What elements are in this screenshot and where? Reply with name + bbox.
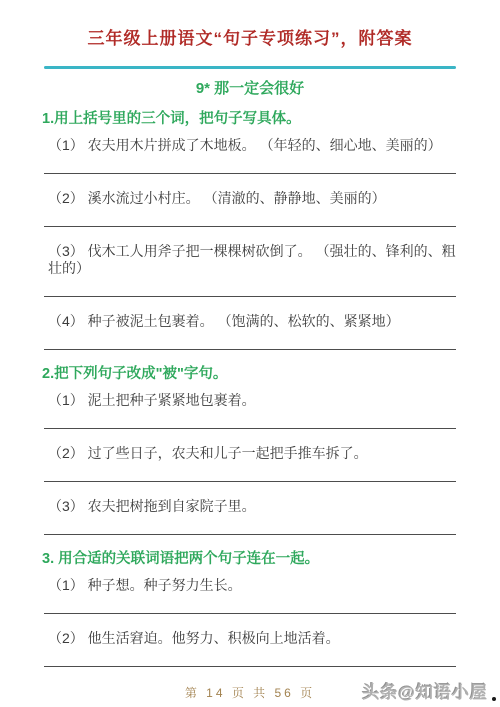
section-1: 1.用上括号里的三个词，把句子写具体。 （1） 农夫用木片拼成了木地板。 （年轻… xyxy=(44,111,456,350)
question-text: （1） 农夫用木片拼成了木地板。 （年轻的、细心地、美丽的） xyxy=(44,137,456,154)
question-text: （2） 过了些日子，农夫和儿子一起把手推车拆了。 xyxy=(44,445,456,462)
watermark: 头条@知语小屋 xyxy=(362,678,488,703)
answer-line xyxy=(44,534,456,535)
question-block: （2） 溪水流过小村庄。 （清澈的、静静地、美丽的） xyxy=(44,190,456,227)
document-title: 三年级上册语文“句子专项练习”，附答案 xyxy=(44,28,456,50)
teal-divider xyxy=(44,66,456,69)
question-block: （1） 农夫用木片拼成了木地板。 （年轻的、细心地、美丽的） xyxy=(44,137,456,174)
question-text: （3） 农夫把树拖到自家院子里。 xyxy=(44,498,456,515)
question-text: （3） 伐木工人用斧子把一棵棵树砍倒了。 （强壮的、锋利的、粗壮的） xyxy=(44,243,456,277)
answer-line xyxy=(44,173,456,174)
question-text: （4） 种子被泥土包裹着。 （饱满的、松软的、紧紧地） xyxy=(44,313,456,330)
section-heading: 1.用上括号里的三个词，把句子写具体。 xyxy=(42,111,456,128)
worksheet-content: 三年级上册语文“句子专项练习”，附答案 9* 那一定会很好 1.用上括号里的三个… xyxy=(0,28,500,701)
question-block: （1） 种子想。种子努力生长。 xyxy=(44,577,456,614)
answer-line xyxy=(44,226,456,227)
question-text: （2） 他生活窘迫。他努力、积极向上地活着。 xyxy=(44,630,456,647)
answer-line xyxy=(44,481,456,482)
worksheet-page: 三年级上册语文“句子专项练习”，附答案 9* 那一定会很好 1.用上括号里的三个… xyxy=(0,0,500,707)
answer-line xyxy=(44,613,456,614)
lesson-title: 9* 那一定会很好 xyxy=(44,80,456,98)
question-text: （2） 溪水流过小村庄。 （清澈的、静静地、美丽的） xyxy=(44,190,456,207)
section-2: 2.把下列句子改成"被"字句。 （1） 泥土把种子紧紧地包裹着。 （2） 过了些… xyxy=(44,366,456,535)
question-block: （3） 农夫把树拖到自家院子里。 xyxy=(44,498,456,535)
answer-line xyxy=(44,428,456,429)
section-heading: 2.把下列句子改成"被"字句。 xyxy=(42,366,456,383)
question-block: （2） 他生活窘迫。他努力、积极向上地活着。 xyxy=(44,630,456,667)
section-heading: 3. 用合适的关联词语把两个句子连在一起。 xyxy=(42,551,456,568)
question-text: （1） 泥土把种子紧紧地包裹着。 xyxy=(44,392,456,409)
question-block: （4） 种子被泥土包裹着。 （饱满的、松软的、紧紧地） xyxy=(44,313,456,350)
answer-line xyxy=(44,349,456,350)
answer-line xyxy=(44,296,456,297)
question-block: （3） 伐木工人用斧子把一棵棵树砍倒了。 （强壮的、锋利的、粗壮的） xyxy=(44,243,456,297)
section-3: 3. 用合适的关联词语把两个句子连在一起。 （1） 种子想。种子努力生长。 （2… xyxy=(44,551,456,667)
question-block: （1） 泥土把种子紧紧地包裹着。 xyxy=(44,392,456,429)
question-text: （1） 种子想。种子努力生长。 xyxy=(44,577,456,594)
answer-line xyxy=(44,666,456,667)
corner-dot xyxy=(492,697,496,701)
question-block: （2） 过了些日子，农夫和儿子一起把手推车拆了。 xyxy=(44,445,456,482)
